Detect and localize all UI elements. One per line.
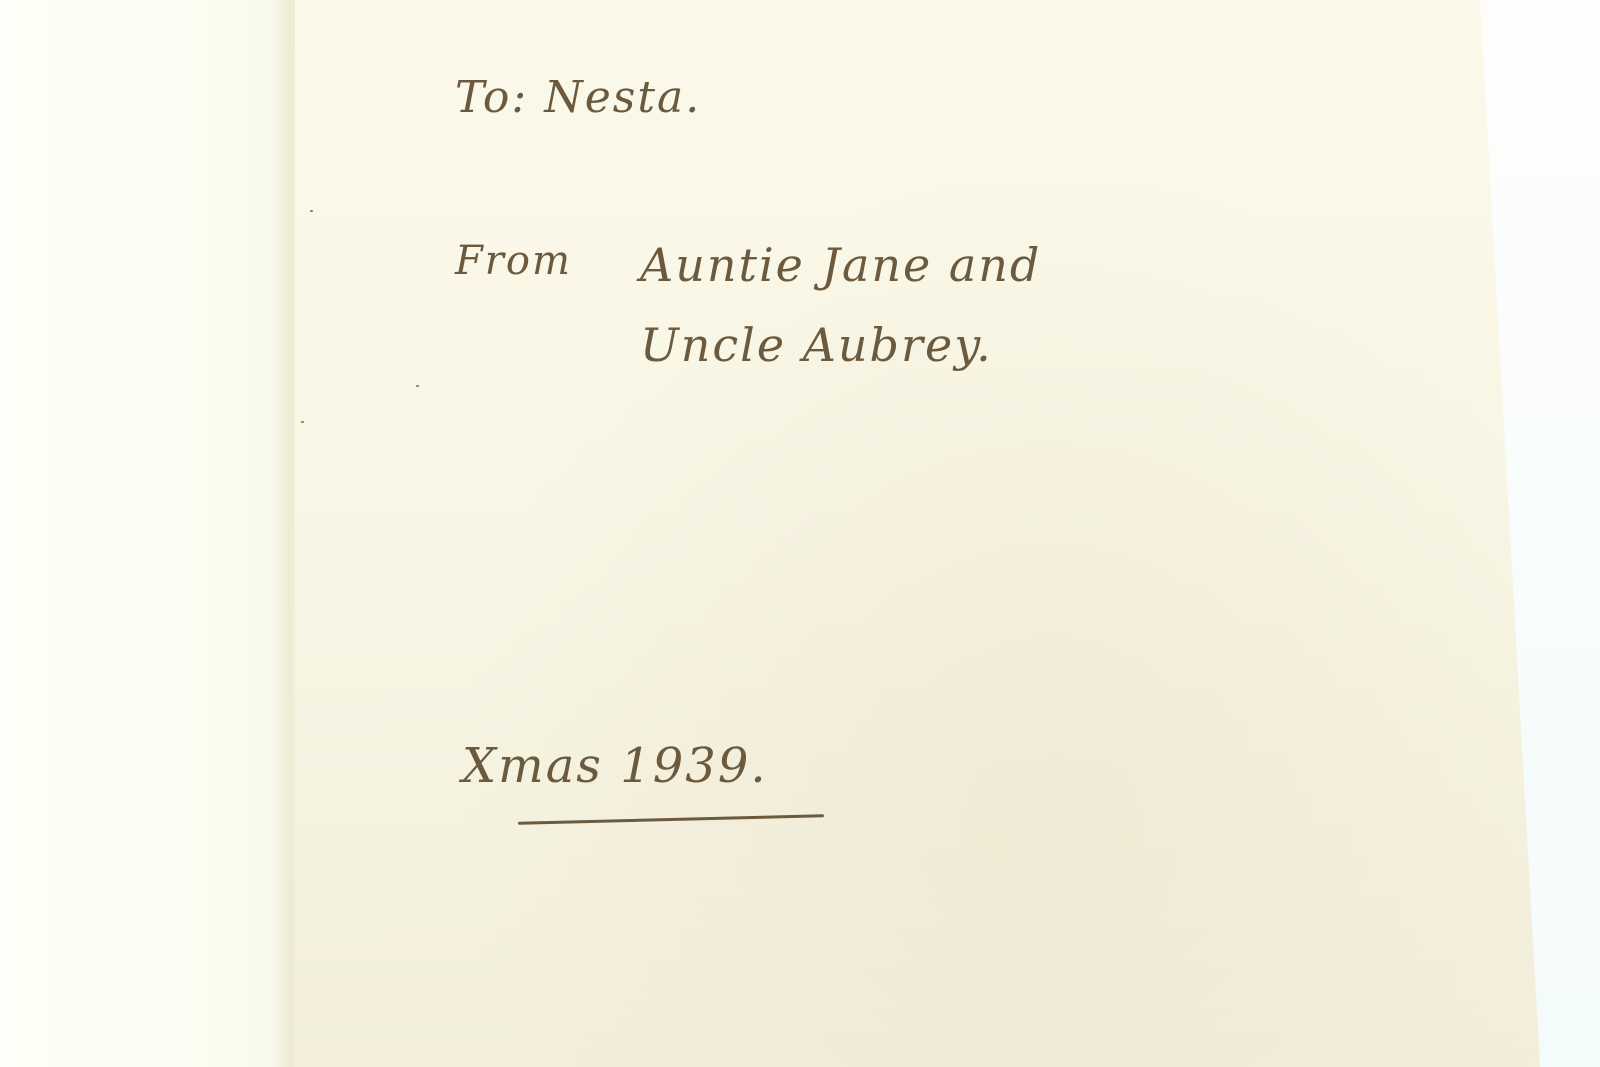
inscription-date: Xmas 1939. xyxy=(462,738,768,794)
inscription-recipient: To: Nesta. xyxy=(455,72,701,123)
paper-speck xyxy=(310,210,313,212)
book-inscription-photo: To: Nesta. From Auntie Jane and Uncle Au… xyxy=(0,0,1600,1067)
inscription-senders-line-2: Uncle Aubrey. xyxy=(640,318,993,372)
inscription-from-label: From xyxy=(455,238,572,284)
paper-speck xyxy=(301,421,304,423)
paper-speck xyxy=(416,385,419,387)
inscribed-page xyxy=(295,0,1555,1067)
flyleaf-page xyxy=(0,0,285,1067)
inscription-senders-line-1: Auntie Jane and xyxy=(640,238,1041,292)
